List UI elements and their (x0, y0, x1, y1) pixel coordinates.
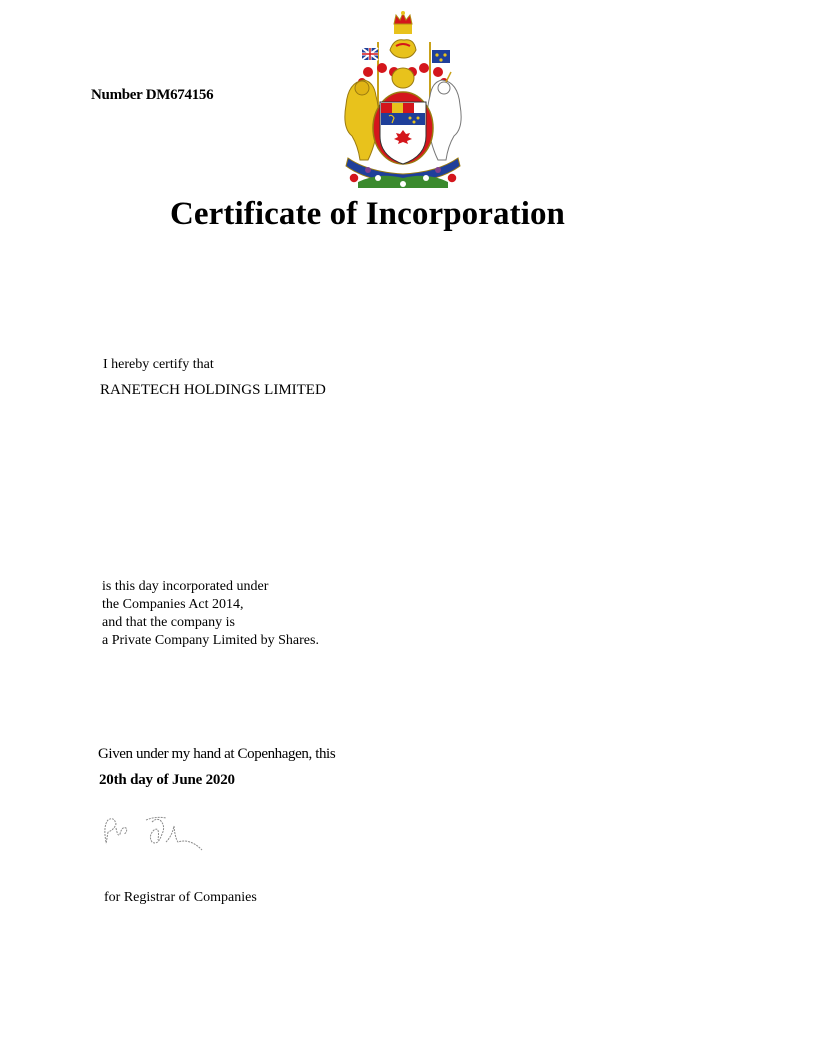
statement-line: and that the company is (102, 614, 319, 632)
statement-line: a Private Company Limited by Shares. (102, 632, 319, 650)
coat-of-arms-icon (338, 10, 468, 190)
issue-date: 20th day of June 2020 (99, 772, 235, 789)
incorporation-statement: is this day incorporated under the Compa… (102, 578, 319, 650)
statement-line: is this day incorporated under (102, 578, 319, 596)
certify-intro: I hereby certify that (103, 357, 214, 373)
page-title: Certificate of Incorporation (170, 196, 565, 233)
given-line: Given under my hand at Copenhagen, this (98, 746, 335, 763)
signature-icon (100, 812, 215, 857)
registrar-line: for Registrar of Companies (104, 890, 257, 906)
company-name: RANETECH HOLDINGS LIMITED (100, 382, 326, 399)
statement-line: the Companies Act 2014, (102, 596, 319, 614)
certificate-number: Number DM674156 (91, 87, 213, 104)
